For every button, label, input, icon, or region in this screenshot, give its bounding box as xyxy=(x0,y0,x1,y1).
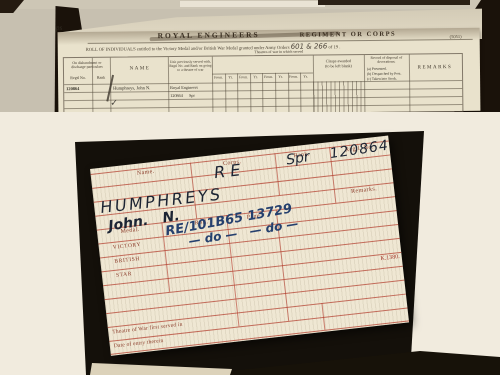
roll-row-regtl-no: 120864 xyxy=(66,85,79,90)
roll-col-yr: Yr. xyxy=(300,75,311,79)
roll-col-from: From. xyxy=(263,75,274,79)
card-label-victory: VICTORY xyxy=(113,242,142,251)
roll-col-from: From. xyxy=(288,75,299,79)
roll-clasps-grid xyxy=(313,81,364,113)
roll-photo: ps ROYAL ENGINEERS REGIMENT OR CORPS (50… xyxy=(0,0,500,118)
roll-photo-dark-edge xyxy=(318,0,470,5)
roll-col-unit: Unit previously served with, Regtl No. a… xyxy=(169,60,212,73)
roll-col-remarks: REMARKS xyxy=(410,65,460,71)
roll-row-unit-line1: Royal Engineers xyxy=(170,84,198,89)
card-rule-horizontal xyxy=(103,252,401,286)
card-rule-horizontal xyxy=(105,266,403,300)
photographed-documents: ps ROYAL ENGINEERS REGIMENT OR CORPS (50… xyxy=(0,0,500,375)
card-value-corps: RE xyxy=(213,160,246,182)
roll-theatre-header: Theatres of war in which served xyxy=(214,49,344,55)
card-rule-horizontal xyxy=(108,294,406,328)
roll-table-column-line xyxy=(212,57,214,114)
roll-col-name: NAME xyxy=(112,66,168,72)
roll-col-yr: Yr. xyxy=(275,75,286,79)
roll-col-from: From. xyxy=(213,75,224,79)
roll-left-header: On disbandment or discharge particulars xyxy=(65,61,109,70)
card-value-rank: Spr xyxy=(285,149,311,169)
roll-table-column-line xyxy=(409,55,411,112)
roll-disposal-c: (c) Taken into Stock. xyxy=(367,77,397,81)
medal-card-photo: Name. Corps. Rank. Regtl. No. Remarks. M… xyxy=(0,112,500,375)
pencil-mark: ps xyxy=(56,24,62,32)
roll-row-unit-line2: 120864 Spr xyxy=(170,92,195,97)
roll-col-rank: Rank xyxy=(93,76,109,81)
roll-col-regtl-no: Regtl No. xyxy=(65,76,91,81)
roll-col-disposal: Record of disposal of decorations: xyxy=(365,56,408,65)
roll-table: On disbandment or discharge particulars … xyxy=(63,53,464,116)
roll-col-yr: Yr. xyxy=(225,75,236,79)
roll-form-page: ROYAL ENGINEERS REGIMENT OR CORPS (5051)… xyxy=(58,28,481,115)
roll-disposal-b: (b) Despatched by Post. xyxy=(367,72,401,76)
roll-disposal-a: (a) Presented. xyxy=(367,67,387,71)
handwritten-check-mark: ✓ xyxy=(110,98,118,109)
card-rule-horizontal xyxy=(106,280,404,314)
card-rule-horizontal xyxy=(101,238,399,272)
roll-row-name: Humphreys, John N. xyxy=(113,85,150,90)
roll-col-yr: Yr. xyxy=(250,75,261,79)
medal-index-card: Name. Corps. Rank. Regtl. No. Remarks. M… xyxy=(90,136,409,356)
roll-col-clasps: Clasps awarded (to be left blank) xyxy=(314,59,363,69)
card-label-british: BRITISH xyxy=(114,256,140,265)
roll-col-from: From. xyxy=(238,75,249,79)
card-label-star: STAR xyxy=(116,271,133,279)
roll-photo-top-patch xyxy=(180,1,325,7)
